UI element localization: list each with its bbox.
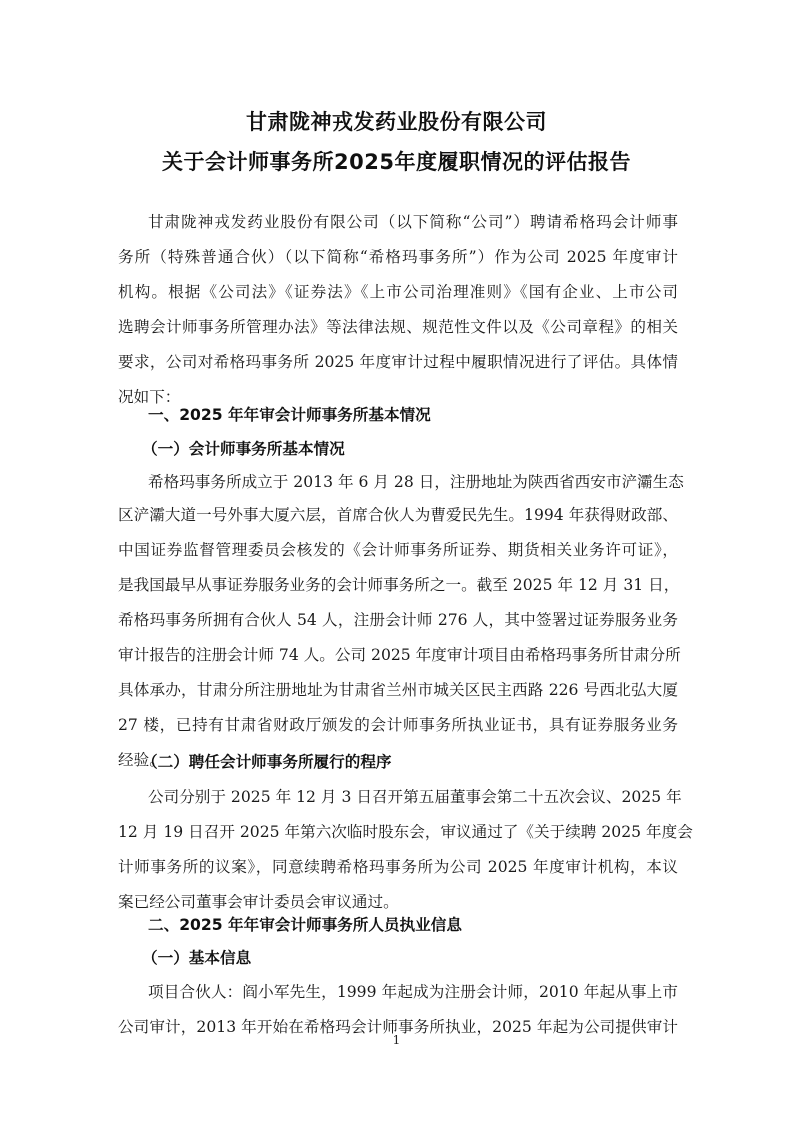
document-title-company: 甘肃陇神戎发药业股份有限公司 bbox=[0, 106, 793, 136]
paragraph-line: 具体承办，甘肃分所注册地址为甘肃省兰州市城关区民主西路 226 号西北弘大厦 bbox=[118, 678, 678, 700]
subsection-heading-1-2: （二）聘任会计师事务所履行的程序 bbox=[142, 750, 392, 772]
paragraph-line: 计师事务所的议案》，同意续聘希格玛事务所为公司 2025 年度审计机构，本议 bbox=[118, 855, 678, 877]
intro-line: 要求，公司对希格玛事务所 2025 年度审计过程中履职情况进行了评估。具体情 bbox=[118, 350, 678, 372]
paragraph-line: 是我国最早从事证券服务业务的会计师事务所之一。截至 2025 年 12 月 31… bbox=[118, 573, 678, 595]
paragraph-line: 公司分别于 2025 年 12 月 3 日召开第五届董事会第二十五次会议、202… bbox=[148, 785, 678, 807]
paragraph-line: 希格玛事务所拥有合伙人 54 人，注册会计师 276 人，其中签署过证券服务业务 bbox=[118, 608, 678, 630]
document-title-report: 关于会计师事务所2025年度履职情况的评估报告 bbox=[0, 146, 793, 176]
document-page: 甘肃陇神戎发药业股份有限公司 关于会计师事务所2025年度履职情况的评估报告 甘… bbox=[0, 0, 793, 1122]
paragraph-line: 12 月 19 日召开 2025 年第六次临时股东会，审议通过了《关于续聘 20… bbox=[118, 820, 678, 842]
paragraph-line: 中国证券监督管理委员会核发的《会计师事务所证券、期货相关业务许可证》， bbox=[118, 538, 678, 560]
intro-line: 务所（特殊普通合伙）（以下简称“希格玛事务所”）作为公司 2025 年度审计 bbox=[118, 245, 678, 267]
section-heading-2: 二、2025 年年审会计师事务所人员执业信息 bbox=[148, 913, 462, 935]
paragraph-line: 27 楼，已持有甘肃省财政厅颁发的会计师事务所执业证书，具有证券服务业务 bbox=[118, 713, 678, 735]
page-number: 1 bbox=[0, 1033, 793, 1047]
subsection-heading-2-1: （一）基本信息 bbox=[142, 946, 251, 968]
paragraph-line: 区浐灞大道一号外事大厦六层，首席合伙人为曹爱民先生。1994 年获得财政部、 bbox=[118, 503, 678, 525]
paragraph-line: 审计报告的注册会计师 74 人。公司 2025 年度审计项目由希格玛事务所甘肃分… bbox=[118, 643, 678, 665]
section-heading-1: 一、2025 年年审会计师事务所基本情况 bbox=[148, 403, 431, 425]
intro-line: 选聘会计师事务所管理办法》等法律法规、规范性文件以及《公司章程》的相关 bbox=[118, 315, 678, 337]
subsection-heading-1-1: （一）会计师事务所基本情况 bbox=[142, 437, 345, 459]
paragraph-line: 案已经公司董事会审计委员会审议通过。 bbox=[118, 890, 678, 912]
paragraph-line: 项目合伙人：阎小军先生，1999 年起成为注册会计师，2010 年起从事上市 bbox=[148, 980, 678, 1002]
intro-line: 机构。根据《公司法》《证券法》《上市公司治理准则》《国有企业、上市公司 bbox=[118, 280, 678, 302]
intro-line: 甘肃陇神戎发药业股份有限公司（以下简称“公司”）聘请希格玛会计师事 bbox=[148, 210, 678, 232]
paragraph-line: 希格玛事务所成立于 2013 年 6 月 28 日，注册地址为陕西省西安市浐灞生… bbox=[148, 470, 678, 492]
